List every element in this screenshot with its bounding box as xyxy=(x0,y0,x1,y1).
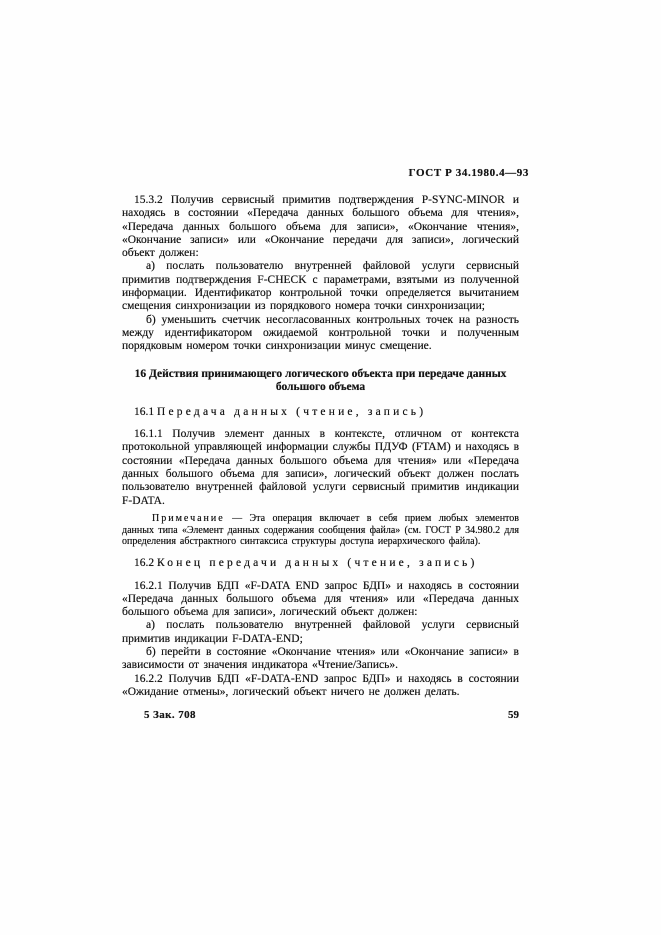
print-order-imprint: 5 Зак. 708 xyxy=(144,709,196,721)
paragraph-16-2-1: 16.2.1 Получив БДП «F-DATA END запрос БД… xyxy=(122,580,519,620)
subsection-title: Конец передачи данных (чтение, запись) xyxy=(157,557,478,569)
section-heading-16: 16 Действия принимающего логического объ… xyxy=(132,368,509,395)
page-footer: 5 Зак. 708 59 xyxy=(122,709,519,721)
list-item-15-3-2-b: б) уменьшить счетчик несогласованных кон… xyxy=(122,314,519,354)
note-label: Примечание xyxy=(152,513,225,524)
paragraph-15-3-2: 15.3.2 Получив сервисный примитив подтве… xyxy=(122,194,519,260)
subsection-heading-16-1: 16.1 Передача данных (чтение, запись) xyxy=(122,406,519,419)
subsection-number: 16.2 xyxy=(134,557,154,569)
note-block: Примечание — Эта операция включает в себ… xyxy=(122,513,519,548)
list-item-16-2-1-b: б) перейти в состояние «Окончание чтения… xyxy=(122,646,519,673)
list-item-16-2-1-a: а) послать пользователю внутренней файло… xyxy=(122,619,519,646)
document-page: ГОСТ Р 34.1980.4—93 15.3.2 Получив серви… xyxy=(0,0,661,935)
list-item-15-3-2-a: а) послать пользователю внутренней файло… xyxy=(122,260,519,313)
running-header: ГОСТ Р 34.1980.4—93 xyxy=(122,167,529,179)
text-column: ГОСТ Р 34.1980.4—93 15.3.2 Получив серви… xyxy=(122,167,519,721)
paragraph-16-1-1: 16.1.1 Получив элемент данных в контекст… xyxy=(122,428,519,508)
subsection-number: 16.1 xyxy=(134,406,154,418)
paragraph-16-2-2: 16.2.2 Получив БДП «F-DATA-END запрос БД… xyxy=(122,673,519,700)
subsection-heading-16-2: 16.2 Конец передачи данных (чтение, запи… xyxy=(122,557,519,570)
subsection-title: Передача данных (чтение, запись) xyxy=(157,406,426,418)
page-number: 59 xyxy=(508,709,519,721)
